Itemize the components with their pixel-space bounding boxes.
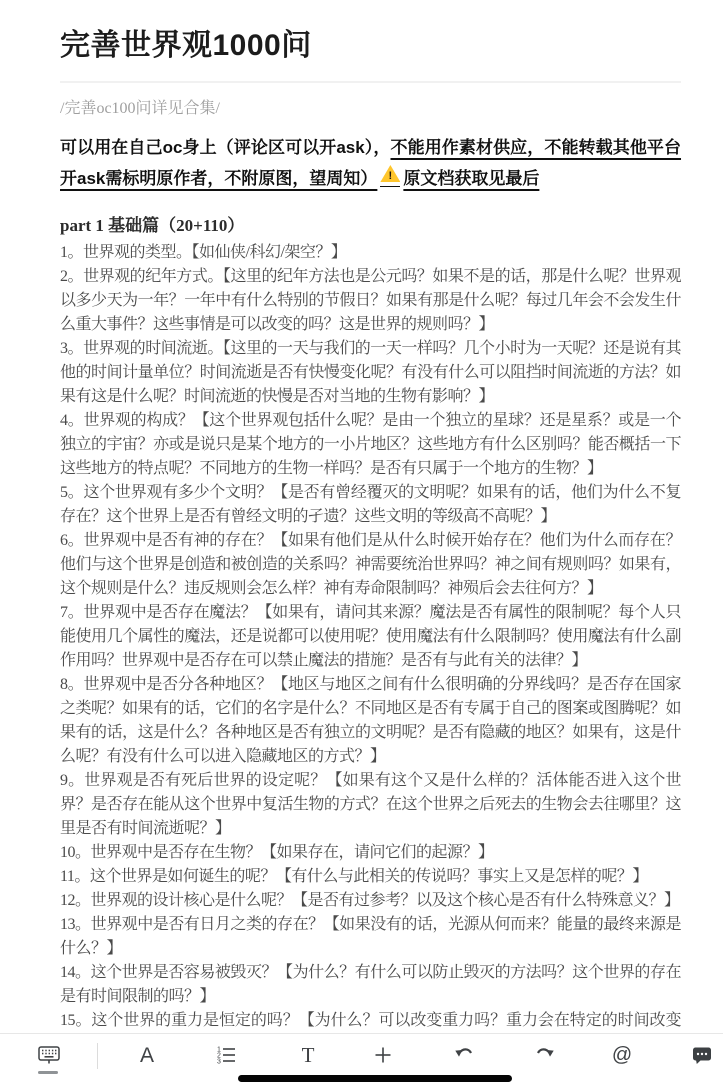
format-button[interactable]: A bbox=[129, 1037, 165, 1073]
list-item: 9。世界观是否有死后世界的设定呢？【如果有这个又是什么样的？活体能否进入这个世界… bbox=[60, 769, 681, 841]
list-item: 8。世界观中是否分各种地区？【地区与地区之间有什么很明确的分界线吗？是否存在国家… bbox=[60, 673, 681, 769]
list-item: 13。世界观中是否有日月之类的存在？【如果没有的话，光源从何而来？能量的最终来源… bbox=[60, 913, 681, 961]
list-item: 3。世界观的时间流逝。【这里的一天与我们的一天一样吗？几个小时为一天呢？还是说有… bbox=[60, 337, 681, 409]
list-item: 7。世界观中是否存在魔法？【如果有，请问其来源？魔法是否有属性的限制呢？每个人只… bbox=[60, 601, 681, 673]
list-item: 15。这个世界的重力是恒定的吗？【为什么？可以改变重力吗？重力会在特定的时间改变… bbox=[60, 1009, 681, 1033]
question-list: 1。世界观的类型。【如仙侠/科幻/架空？】2。世界观的纪年方式。【这里的纪年方法… bbox=[60, 241, 681, 1033]
home-indicator[interactable] bbox=[238, 1075, 512, 1082]
format-icon: A bbox=[140, 1045, 154, 1066]
svg-text:3: 3 bbox=[217, 1058, 221, 1065]
insert-button[interactable] bbox=[365, 1037, 401, 1073]
redo-icon bbox=[532, 1042, 558, 1068]
document-editor-screen: 完善世界观1000问 /完善oc100问详见合集/ 可以用在自己oc身上（评论区… bbox=[0, 0, 723, 1083]
list-item: 4。世界观的构成？【这个世界观包括什么呢？是由一个独立的星球？还是星系？或是一个… bbox=[60, 409, 681, 481]
toolbar-divider bbox=[97, 1043, 98, 1069]
list-item: 5。这个世界观有多少个文明？【是否有曾经覆灭的文明呢？如果有的话，他们为什么不复… bbox=[60, 481, 681, 529]
keyboard-dash-indicator bbox=[38, 1071, 58, 1074]
ordered-list-icon: 1 2 3 bbox=[214, 1043, 238, 1067]
insert-plus-icon bbox=[371, 1043, 395, 1067]
list-item: 6。世界观中是否有神的存在？【如果有他们是从什么时候开始存在？他们为什么而存在？… bbox=[60, 529, 681, 601]
ordered-list-button[interactable]: 1 2 3 bbox=[208, 1037, 244, 1073]
notice-plain-text: 可以用在自己oc身上（评论区可以开ask）， bbox=[60, 138, 391, 157]
document-body[interactable]: 完善世界观1000问 /完善oc100问详见合集/ 可以用在自己oc身上（评论区… bbox=[0, 0, 723, 1033]
keyboard-hide-button[interactable] bbox=[31, 1037, 67, 1073]
undo-button[interactable] bbox=[446, 1037, 482, 1073]
usage-notice: 可以用在自己oc身上（评论区可以开ask），不能用作素材供应，不能转载其他平台开… bbox=[60, 132, 681, 194]
section-heading: part 1 基础篇（20+110） bbox=[60, 214, 681, 238]
text-style-button[interactable]: T bbox=[290, 1037, 326, 1073]
comment-icon bbox=[690, 1043, 714, 1067]
page-title: 完善世界观1000问 bbox=[60, 26, 681, 66]
warning-exclamation: ! bbox=[380, 169, 400, 183]
list-item: 11。这个世界是如何诞生的呢？【有什么与此相关的传说吗？事实上又是怎样的呢？】 bbox=[60, 865, 681, 889]
warning-triangle-icon: ! bbox=[380, 165, 400, 187]
subtitle-note: /完善oc100问详见合集/ bbox=[60, 98, 681, 120]
notice-underlined-text-2: 原文档获取见最后 bbox=[403, 169, 539, 188]
list-item: 10。世界观中是否存在生物？【如果存在，请问它们的起源？】 bbox=[60, 841, 681, 865]
mention-icon: @ bbox=[612, 1045, 632, 1066]
redo-button[interactable] bbox=[527, 1037, 563, 1073]
list-item: 12。世界观的设计核心是什么呢？【是否有过参考？以及这个核心是否有什么特殊意义？… bbox=[60, 889, 681, 913]
mention-button[interactable]: @ bbox=[604, 1037, 640, 1073]
list-item: 14。这个世界是否容易被毁灭？【为什么？有什么可以防止毁灭的方法吗？这个世界的存… bbox=[60, 961, 681, 1009]
keyboard-hide-icon bbox=[36, 1042, 62, 1068]
undo-icon bbox=[451, 1042, 477, 1068]
comment-button[interactable] bbox=[684, 1037, 720, 1073]
list-item: 2。世界观的纪年方式。【这里的纪年方法也是公元吗？如果不是的话，那是什么呢？世界… bbox=[60, 265, 681, 337]
text-style-icon: T bbox=[302, 1045, 315, 1066]
list-item: 1。世界观的类型。【如仙侠/科幻/架空？】 bbox=[60, 241, 681, 265]
title-divider bbox=[60, 81, 681, 83]
